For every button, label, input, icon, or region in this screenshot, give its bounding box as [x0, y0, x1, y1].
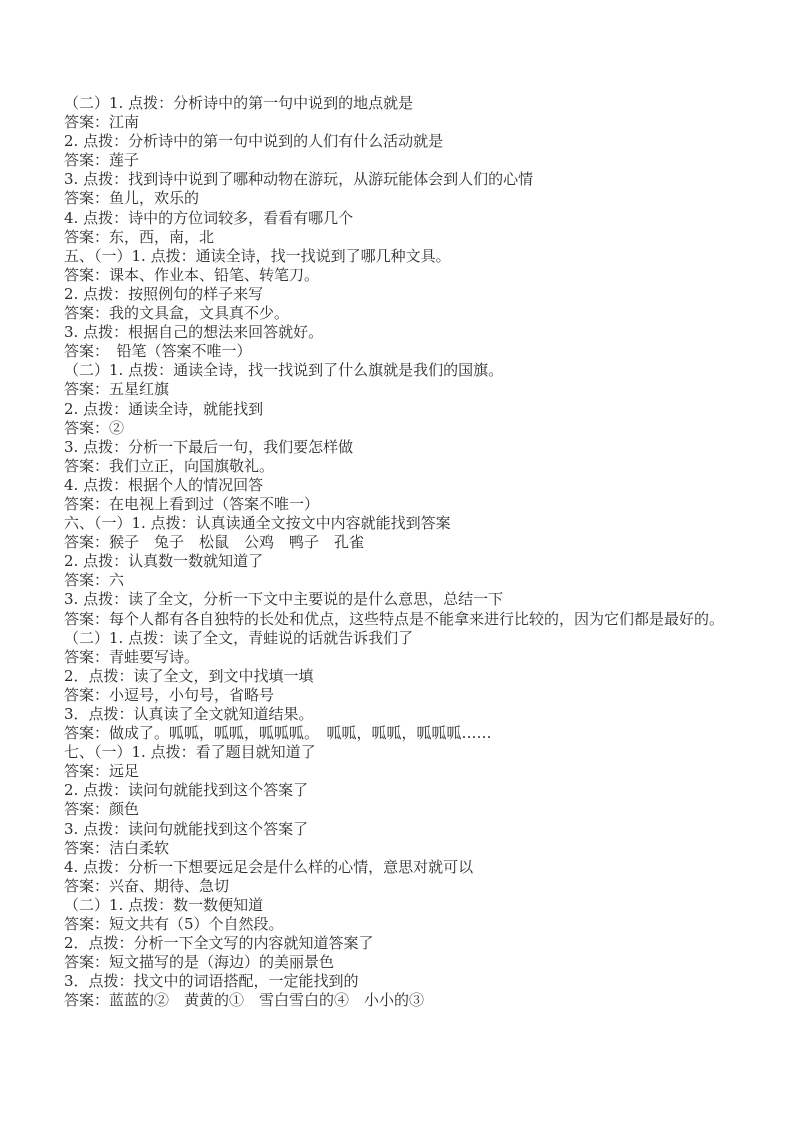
- document-line: 答案：②: [64, 419, 740, 438]
- document-line: 答案：在电视上看到过（答案不唯一）: [64, 495, 740, 514]
- document-line: 六、（一）1. 点拨：认真读通全文按文中内容就能找到答案: [64, 514, 740, 533]
- document-line: 答案：我们立正，向国旗敬礼。: [64, 457, 740, 476]
- document-line: （二）1. 点拨：通读全诗，找一找说到了什么旗就是我们的国旗。: [64, 361, 740, 380]
- document-line: 2. 点拨：分析诗中的第一句中说到的人们有什么活动就是: [64, 132, 740, 151]
- document-line: 答案：每个人都有各自独特的长处和优点，这些特点是不能拿来进行比较的，因为它们都是…: [64, 610, 740, 629]
- document-line: 4. 点拨：根据个人的情况回答: [64, 476, 740, 495]
- document-line: 答案： 铅笔（答案不唯一）: [64, 342, 740, 361]
- document-line: 七、（一）1. 点拨：看了题目就知道了: [64, 743, 740, 762]
- document-line: 答案：猴子 兔子 松鼠 公鸡 鸭子 孔雀: [64, 533, 740, 552]
- document-line: 答案：青蛙要写诗。: [64, 648, 740, 667]
- document-line: 3．点拨：认真读了全文就知道结果。: [64, 705, 740, 724]
- document-line: 答案：课本、作业本、铅笔、转笔刀。: [64, 266, 740, 285]
- document-line: 3. 点拨：分析一下最后一句，我们要怎样做: [64, 438, 740, 457]
- document-page: （二）1. 点拨：分析诗中的第一句中说到的地点就是答案：江南2. 点拨：分析诗中…: [0, 0, 793, 1122]
- document-line: 答案：六: [64, 571, 740, 590]
- document-line: 2. 点拨：读问句就能找到这个答案了: [64, 781, 740, 800]
- document-line: 2．点拨：读了全文，到文中找填一填: [64, 667, 740, 686]
- document-line: 答案：五星红旗: [64, 380, 740, 399]
- document-line: 答案：东，西，南，北: [64, 228, 740, 247]
- document-line: 五、（一）1. 点拨：通读全诗，找一找说到了哪几种文具。: [64, 247, 740, 266]
- document-content: （二）1. 点拨：分析诗中的第一句中说到的地点就是答案：江南2. 点拨：分析诗中…: [64, 94, 740, 1011]
- document-line: 答案：江南: [64, 113, 740, 132]
- document-line: 3. 点拨：读问句就能找到这个答案了: [64, 820, 740, 839]
- document-line: 2．点拨：分析一下全文写的内容就知道答案了: [64, 934, 740, 953]
- document-line: （二）1. 点拨：分析诗中的第一句中说到的地点就是: [64, 94, 740, 113]
- document-line: （二）1. 点拨：数一数便知道: [64, 896, 740, 915]
- document-line: 答案：兴奋、期待、急切: [64, 877, 740, 896]
- document-line: 答案：莲子: [64, 151, 740, 170]
- document-line: 答案：蓝蓝的② 黄黄的① 雪白雪白的④ 小小的③: [64, 991, 740, 1010]
- document-line: 答案：短文共有（5）个自然段。: [64, 915, 740, 934]
- document-line: 2. 点拨：按照例句的样子来写: [64, 285, 740, 304]
- document-line: 4. 点拨：分析一下想要远足会是什么样的心情，意思对就可以: [64, 858, 740, 877]
- document-line: 答案：我的文具盒，文具真不少。: [64, 304, 740, 323]
- document-line: 答案：做成了。呱呱，呱呱，呱呱呱。 呱呱，呱呱，呱呱呱……: [64, 724, 740, 743]
- document-line: 3. 点拨：找到诗中说到了哪种动物在游玩，从游玩能体会到人们的心情: [64, 170, 740, 189]
- document-line: 答案：鱼儿，欢乐的: [64, 189, 740, 208]
- document-line: 答案：短文描写的是（海边）的美丽景色: [64, 953, 740, 972]
- document-line: 3. 点拨：根据自己的想法来回答就好。: [64, 323, 740, 342]
- document-line: （二）1. 点拨：读了全文，青蛙说的话就告诉我们了: [64, 629, 740, 648]
- document-line: 3．点拨：找文中的词语搭配，一定能找到的: [64, 972, 740, 991]
- document-line: 4. 点拨：诗中的方位词较多，看看有哪几个: [64, 209, 740, 228]
- document-line: 3. 点拨：读了全文，分析一下文中主要说的是什么意思，总结一下: [64, 590, 740, 609]
- document-line: 答案：远足: [64, 762, 740, 781]
- document-line: 答案：颜色: [64, 800, 740, 819]
- document-line: 答案：洁白柔软: [64, 839, 740, 858]
- document-line: 答案：小逗号，小句号，省略号: [64, 686, 740, 705]
- document-line: 2. 点拨：认真数一数就知道了: [64, 552, 740, 571]
- document-line: 2. 点拨：通读全诗，就能找到: [64, 400, 740, 419]
